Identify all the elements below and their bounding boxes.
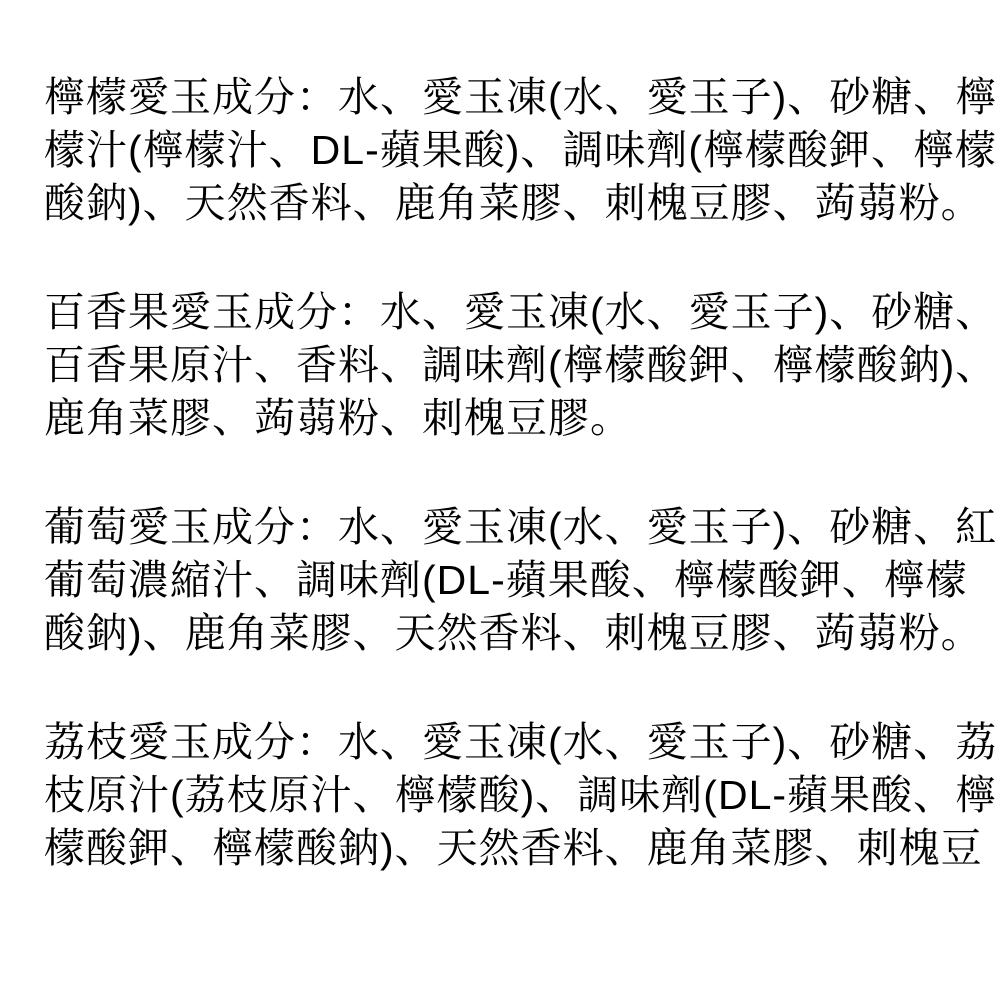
text-line: 百香果愛玉成分：水、愛玉凍(水、愛玉子)、砂糖、 (44, 286, 970, 339)
text-line: 酸鈉)、鹿角菜膠、天然香料、刺槐豆膠、蒟蒻粉。 (44, 607, 970, 660)
text-line: 鹿角菜膠、蒟蒻粉、刺槐豆膠。 (44, 392, 970, 445)
text-line: 檬汁(檸檬汁、DL-蘋果酸)、調味劑(檸檬酸鉀、檸檬 (44, 124, 970, 177)
ingredient-list-document: 檸檬愛玉成分：水、愛玉凍(水、愛玉子)、砂糖、檸 檬汁(檸檬汁、DL-蘋果酸)、… (0, 0, 1000, 875)
text-line: 枝原汁(荔枝原汁、檸檬酸)、調味劑(DL-蘋果酸、檸 (44, 769, 970, 822)
text-line: 葡萄愛玉成分：水、愛玉凍(水、愛玉子)、砂糖、紅 (44, 501, 970, 554)
text-line: 酸鈉)、天然香料、鹿角菜膠、刺槐豆膠、蒟蒻粉。 (44, 177, 970, 230)
text-line: 百香果原汁、香料、調味劑(檸檬酸鉀、檸檬酸鈉)、 (44, 339, 970, 392)
ingredients-paragraph-lychee-aiyu: 荔枝愛玉成分：水、愛玉凍(水、愛玉子)、砂糖、荔 枝原汁(荔枝原汁、檸檬酸)、調… (44, 716, 970, 875)
ingredients-paragraph-grape-aiyu: 葡萄愛玉成分：水、愛玉凍(水、愛玉子)、砂糖、紅 葡萄濃縮汁、調味劑(DL-蘋果… (44, 501, 970, 660)
text-line: 荔枝愛玉成分：水、愛玉凍(水、愛玉子)、砂糖、荔 (44, 716, 970, 769)
ingredients-paragraph-lemon-aiyu: 檸檬愛玉成分：水、愛玉凍(水、愛玉子)、砂糖、檸 檬汁(檸檬汁、DL-蘋果酸)、… (44, 71, 970, 230)
ingredients-paragraph-passionfruit-aiyu: 百香果愛玉成分：水、愛玉凍(水、愛玉子)、砂糖、 百香果原汁、香料、調味劑(檸檬… (44, 286, 970, 445)
text-line: 葡萄濃縮汁、調味劑(DL-蘋果酸、檸檬酸鉀、檸檬 (44, 554, 970, 607)
text-line: 檸檬愛玉成分：水、愛玉凍(水、愛玉子)、砂糖、檸 (44, 71, 970, 124)
text-line: 檬酸鉀、檸檬酸鈉)、天然香料、鹿角菜膠、刺槐豆 (44, 822, 970, 875)
